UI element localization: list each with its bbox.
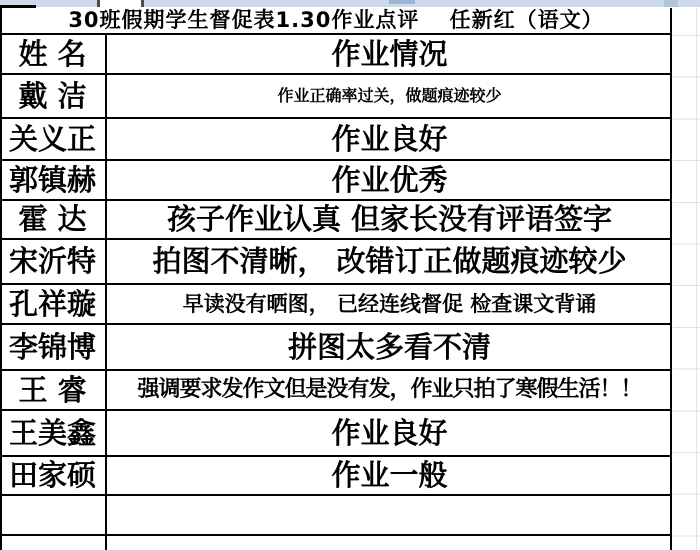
sheet-gridline-vertical	[696, 7, 697, 550]
table-row: 田家硕 作业一般	[0, 457, 672, 496]
homework-comment-cell[interactable]: 孩子作业认真 但家长没有评语签字	[107, 201, 672, 238]
table-row: 王 睿 强调要求发作文但是没有发，作业只拍了寒假生活！！	[0, 371, 672, 411]
cropped-cell-mark	[389, 0, 415, 4]
header-name-cell[interactable]: 姓 名	[0, 35, 107, 73]
cropped-cell-shade	[664, 0, 678, 7]
homework-comment-cell[interactable]: 拼图太多看不清	[107, 325, 672, 369]
homework-comment-cell[interactable]: 作业一般	[107, 457, 672, 494]
student-name-cell[interactable]: 田家硕	[0, 457, 107, 494]
table-row: 关义正 作业良好	[0, 119, 672, 161]
student-name-cell[interactable]: 郭镇赫	[0, 161, 107, 199]
homework-comment-cell[interactable]: 作业优秀	[107, 161, 672, 199]
cropped-cell-white	[100, 0, 142, 7]
cropped-cell-border-right	[141, 0, 144, 7]
homework-comment-cell[interactable]	[107, 496, 672, 534]
homework-comment-cell[interactable]	[107, 536, 672, 550]
cropped-cell-border-left	[97, 0, 100, 7]
table-row: 孔祥璇 早读没有晒图， 已经连线督促 检查课文背诵	[0, 285, 672, 325]
student-name-cell[interactable]: 王美鑫	[0, 411, 107, 455]
homework-comment-cell[interactable]: 作业正确率过关，做题痕迹较少	[107, 75, 672, 117]
student-name-cell[interactable]: 孔祥璇	[0, 285, 107, 323]
homework-comment-cell[interactable]: 作业良好	[107, 411, 672, 455]
student-name-cell[interactable]: 戴 洁	[0, 75, 107, 117]
student-name-cell[interactable]: 霍 达	[0, 201, 107, 238]
student-name-cell[interactable]	[0, 496, 107, 534]
table-title-row: 30班假期学生督促表1.30作业点评 任新红（语文）	[0, 8, 672, 35]
table-left-border	[0, 8, 2, 550]
student-name-cell[interactable]	[0, 536, 107, 550]
homework-comment-cell[interactable]: 作业良好	[107, 119, 672, 159]
table-row: 宋沂特 拍图不清晰， 改错订正做题痕迹较少	[0, 240, 672, 285]
header-status-cell[interactable]: 作业情况	[107, 35, 672, 73]
table-title-cell[interactable]: 30班假期学生督促表1.30作业点评 任新红（语文）	[0, 8, 672, 33]
table-row: 郭镇赫 作业优秀	[0, 161, 672, 201]
student-name-cell[interactable]: 宋沂特	[0, 240, 107, 283]
student-name-cell[interactable]: 关义正	[0, 119, 107, 159]
table-right-border	[670, 8, 672, 550]
student-name-cell[interactable]: 王 睿	[0, 371, 107, 409]
table-row-empty	[0, 496, 672, 536]
table-row: 李锦博 拼图太多看不清	[0, 325, 672, 371]
homework-comment-cell[interactable]: 早读没有晒图， 已经连线督促 检查课文背诵	[107, 285, 672, 323]
table-header-row: 姓 名 作业情况	[0, 35, 672, 75]
cropped-row-above	[0, 0, 700, 7]
table-row: 戴 洁 作业正确率过关，做题痕迹较少	[0, 75, 672, 119]
table-row: 霍 达 孩子作业认真 但家长没有评语签字	[0, 201, 672, 240]
spreadsheet-view: 30班假期学生督促表1.30作业点评 任新红（语文） 姓 名 作业情况 戴 洁 …	[0, 0, 700, 550]
homework-comment-cell[interactable]: 强调要求发作文但是没有发，作业只拍了寒假生活！！	[107, 371, 672, 409]
student-name-cell[interactable]: 李锦博	[0, 325, 107, 369]
homework-comment-cell[interactable]: 拍图不清晰， 改错订正做题痕迹较少	[107, 240, 672, 283]
table-row: 王美鑫 作业良好	[0, 411, 672, 457]
table-row-empty-partial	[0, 536, 672, 550]
